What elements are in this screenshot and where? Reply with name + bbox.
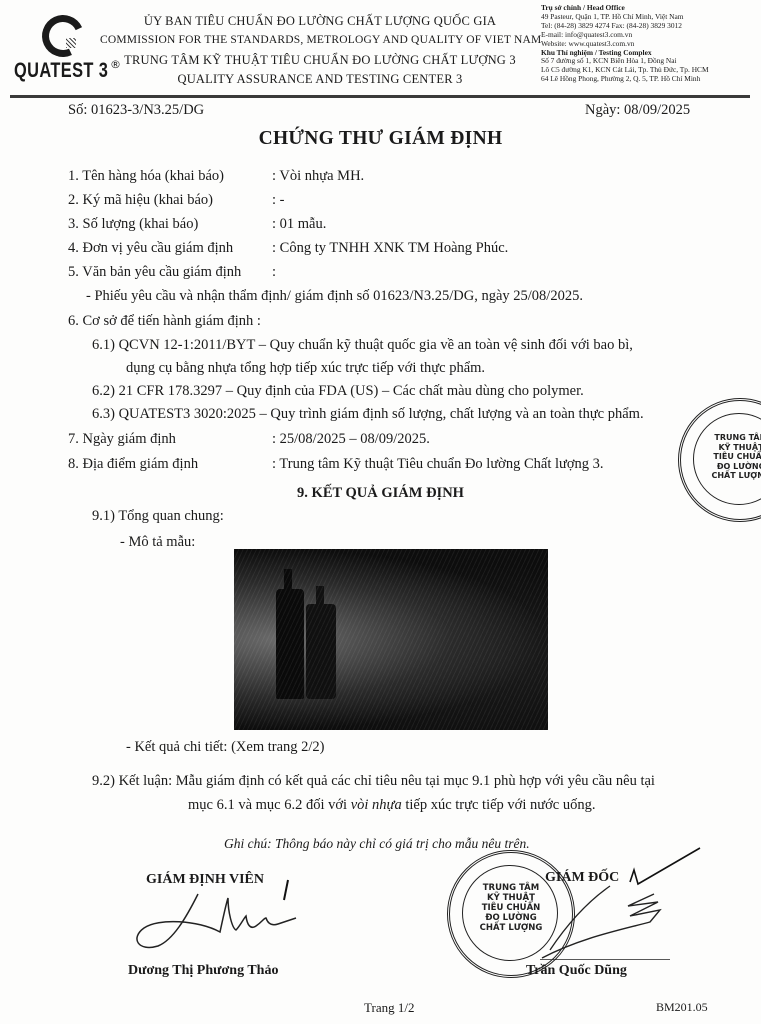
field-value: : Công ty TNHH XNK TM Hoàng Phúc. bbox=[272, 240, 508, 257]
basis-item: 6.2) 21 CFR 178.3297 – Quy định của FDA … bbox=[92, 383, 584, 400]
document-date: Ngày: 08/09/2025 bbox=[585, 102, 690, 119]
field-value: : 01 mẫu. bbox=[272, 216, 326, 233]
conclusion-text: mục 6.1 và mục 6.2 đối với bbox=[188, 797, 351, 813]
conclusion-text: tiếp xúc trực tiếp với nước uống. bbox=[402, 797, 596, 813]
page-number: Trang 1/2 bbox=[364, 1000, 414, 1016]
sample-tap-shape bbox=[306, 604, 336, 699]
sample-description-label: - Mô tả mẫu: bbox=[120, 534, 195, 551]
inspector-signature bbox=[128, 868, 298, 958]
header-line-4: QUALITY ASSURANCE AND TESTING CENTER 3 bbox=[100, 72, 540, 87]
header-divider bbox=[10, 95, 750, 98]
stamp-line: KỸ THUẬT bbox=[701, 443, 761, 453]
director-signature bbox=[520, 840, 710, 960]
document-number: Số: 01623-3/N3.25/DG bbox=[68, 102, 204, 119]
conclusion-product: vòi nhựa bbox=[351, 797, 402, 813]
field-value: : Vòi nhựa MH. bbox=[272, 168, 364, 185]
header-line-2: COMMISSION FOR THE STANDARDS, METROLOGY … bbox=[100, 34, 540, 46]
stamp-line: TRUNG TÂM bbox=[701, 433, 761, 443]
office-info: Trụ sở chính / Head Office 49 Pasteur, Q… bbox=[541, 4, 709, 84]
field-label: 1. Tên hàng hóa (khai báo) bbox=[68, 168, 224, 185]
sample-tap-shape bbox=[276, 589, 304, 699]
field-value: : bbox=[272, 264, 276, 281]
field-value: : 25/08/2025 – 08/09/2025. bbox=[272, 431, 430, 448]
basis-item: 6.1) QCVN 12-1:2011/BYT – Quy chuẩn kỹ t… bbox=[92, 337, 633, 354]
conclusion-line-2: mục 6.1 và mục 6.2 đối với vòi nhựa tiếp… bbox=[188, 797, 595, 814]
stamp-line: TIÊU CHUẨN bbox=[701, 452, 761, 462]
conclusion-line-1: 9.2) Kết luận: Mẫu giám định có kết quả … bbox=[92, 773, 655, 790]
stamp-line: ĐO LƯỜNG bbox=[701, 462, 761, 472]
field-label: 2. Ký mã hiệu (khai báo) bbox=[68, 192, 213, 209]
testing-complex-label: Khu Thí nghiệm / Testing Complex bbox=[541, 48, 652, 57]
logo-text: QUATEST 3 bbox=[14, 59, 108, 83]
inspector-name: Dương Thị Phương Thảo bbox=[128, 963, 278, 979]
quatest-logo-icon bbox=[36, 9, 90, 63]
field-label: 8. Địa điểm giám định bbox=[68, 456, 198, 473]
sample-photo bbox=[234, 549, 548, 730]
header-line-1: ỦY BAN TIÊU CHUẨN ĐO LƯỜNG CHẤT LƯỢNG QU… bbox=[100, 14, 540, 29]
stamp-line: CHẤT LƯỢNG bbox=[701, 471, 761, 481]
form-code: BM201.05 bbox=[656, 1000, 708, 1015]
field-label: 4. Đơn vị yêu cầu giám định bbox=[68, 240, 233, 257]
field-label: 3. Số lượng (khai báo) bbox=[68, 216, 198, 233]
page-title: CHỨNG THƯ GIÁM ĐỊNH bbox=[0, 128, 761, 150]
logo-tail-icon bbox=[66, 38, 76, 48]
basis-item-cont: dụng cụ bằng nhựa tổng hợp tiếp xúc trực… bbox=[126, 360, 485, 377]
field-value: : - bbox=[272, 192, 284, 209]
results-title: 9. KẾT QUẢ GIÁM ĐỊNH bbox=[0, 485, 761, 502]
lab-address-3: 64 Lê Hồng Phong, Phường 2, Q. 5, TP. Hồ… bbox=[541, 75, 709, 84]
detail-result: - Kết quả chi tiết: (Xem trang 2/2) bbox=[126, 739, 325, 756]
header-line-3: TRUNG TÂM KỸ THUẬT TIÊU CHUẨN ĐO LƯỜNG C… bbox=[100, 53, 540, 68]
field-label: 7. Ngày giám định bbox=[68, 431, 176, 448]
overview-label: 9.1) Tổng quan chung: bbox=[92, 508, 224, 525]
basis-label: 6. Cơ sở để tiến hành giám định : bbox=[68, 313, 261, 330]
basis-item: 6.3) QUATEST3 3020:2025 – Quy trình giám… bbox=[92, 406, 644, 423]
field-label: 5. Văn bản yêu cầu giám định bbox=[68, 264, 241, 281]
head-office-label: Trụ sở chính / Head Office bbox=[541, 3, 625, 12]
note: Ghi chú: Thông báo này chỉ có giá trị ch… bbox=[224, 836, 530, 852]
request-document: - Phiếu yêu cầu và nhận thẩm định/ giám … bbox=[86, 288, 583, 305]
director-name: Trần Quốc Dũng bbox=[526, 963, 627, 979]
official-stamp-side: TRUNG TÂM KỸ THUẬT TIÊU CHUẨN ĐO LƯỜNG C… bbox=[678, 398, 761, 522]
field-value: : Trung tâm Kỹ thuật Tiêu chuẩn Đo lường… bbox=[272, 456, 604, 473]
